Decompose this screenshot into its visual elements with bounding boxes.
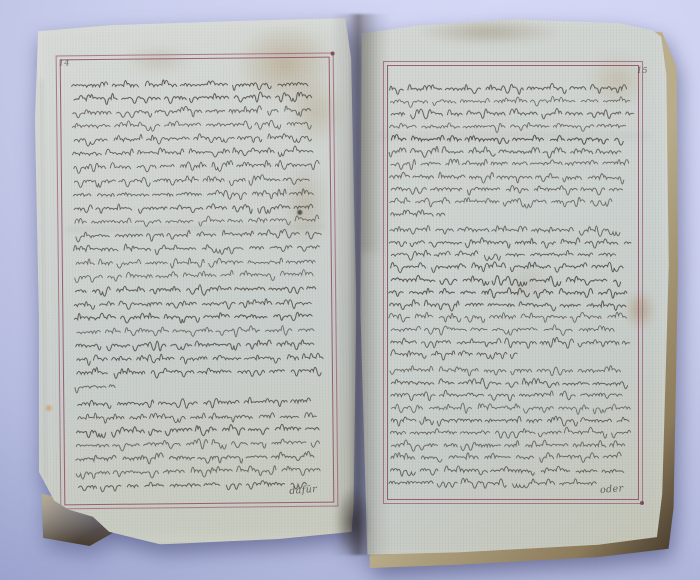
catchword-right: oder [600,483,624,496]
left-page: 14 dafür [33,16,358,545]
right-page: 15 oder [358,14,670,560]
handwriting-right [358,14,670,560]
catchword-left: dafür [289,484,318,497]
handwriting-left [33,16,358,545]
photo-background: 14 dafür 15 oder [0,0,700,580]
manuscript-booklet: 14 dafür 15 oder [0,0,700,580]
